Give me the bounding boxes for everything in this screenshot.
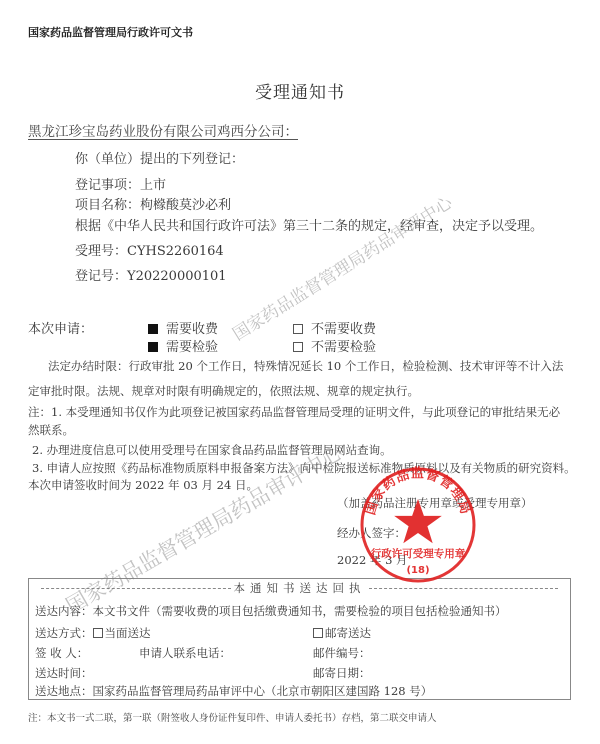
mail-number-field: 邮件编号： (313, 645, 371, 661)
divider (369, 588, 559, 589)
application-label: 本次申请： (28, 318, 93, 337)
acceptance-number: 受理号：CYHS2260164 (75, 240, 224, 259)
legal-basis: 根据《中华人民共和国行政许可法》第三十二条的规定，经审查，决定予以受理。 (75, 215, 543, 234)
receipt-title-row: 本通知书送达回执 (41, 581, 558, 595)
time-limit-line1: 法定办结时限：行政审批 20 个工作日，特殊情况延长 10 个工作日，检验检测、… (48, 358, 563, 374)
handler-signature: 经办人签字： (337, 525, 406, 541)
registration-number: 登记号：Y20220000101 (75, 265, 227, 284)
delivery-receipt-box: 本通知书送达回执 送达内容：本文书文件（需要收费的项目包括缴费通知书，需要检验的… (28, 578, 571, 700)
checkbox-unchecked-icon (293, 342, 303, 352)
time-limit-line2: 定审批时限。法规、规章对时限有明确规定的，依照法规、规章的规定执行。 (28, 383, 419, 399)
option-inspection-required: 需要检验 (148, 336, 218, 355)
note-1-cont: 然联系。 (28, 422, 74, 438)
note-1: 注：1. 本受理通知书仅作为此项登记被国家药品监督管理局受理的证明文件，与此项登… (28, 404, 560, 420)
checkbox-unchecked-icon (293, 324, 303, 334)
option-inspection-not-required: 不需要检验 (293, 336, 376, 355)
signature-date: 2022 年 3 月 (337, 552, 408, 568)
option-fee-not-required: 不需要收费 (293, 318, 376, 337)
receipt-title: 本通知书送达回执 (231, 580, 369, 596)
checkbox-unchecked-icon[interactable] (313, 628, 323, 638)
registration-item-label: 登记事项： (75, 178, 140, 193)
acceptance-number-label: 受理号： (75, 244, 127, 259)
intro-text: 你（单位）提出的下列登记： (75, 148, 244, 167)
delivery-time-field: 送达时间： (35, 665, 93, 681)
delivery-method-mail[interactable]: 邮寄送达 (313, 625, 371, 641)
registration-number-label: 登记号： (75, 269, 127, 284)
svg-text:(18): (18) (406, 565, 429, 576)
checkbox-checked-icon (148, 324, 158, 334)
delivery-content: 送达内容：本文书文件（需要收费的项目包括缴费通知书，需要检验的项目包括检验通知书… (35, 603, 507, 619)
applicant-phone-field: 申请人联系电话： (139, 645, 231, 661)
acceptance-number-value: CYHS2260164 (127, 244, 224, 259)
checkbox-unchecked-icon[interactable] (93, 628, 103, 638)
addressee: 黑龙江珍宝岛药业股份有限公司鸡西分公司： (28, 120, 298, 140)
project-name-label: 项目名称： (75, 198, 140, 213)
project-name-value: 枸橼酸莫沙必利 (140, 198, 231, 213)
project-name: 项目名称：枸橼酸莫沙必利 (75, 194, 231, 213)
divider (41, 588, 231, 589)
signee-field: 签 收 人： (35, 645, 88, 661)
option-fee-required: 需要收费 (148, 318, 218, 337)
mail-date-field: 邮寄日期： (313, 665, 371, 681)
receipt-time: 本次申请签收时间为 2022 年 03 月 24 日。 (28, 477, 258, 493)
registration-number-value: Y20220000101 (127, 269, 227, 284)
registration-item-value: 上市 (140, 178, 166, 193)
note-2: 2. 办理进度信息可以使用受理号在国家食品药品监督管理局网站查询。 (32, 442, 392, 458)
footer-note: 注：本文书一式二联，第一联（附签收人身份证件复印件、申请人委托书）存档，第二联交… (28, 710, 437, 724)
delivery-place: 送达地点：国家药品监督管理局药品审评中心（北京市朝阳区建国路 128 号） (35, 683, 432, 699)
delivery-method-in-person[interactable]: 送达方式：当面送达 (35, 625, 151, 641)
note-3: 3. 申请人应按照《药品标准物质原料申报备案方法》向中检院报送标准物质原料以及有… (32, 460, 576, 476)
registration-item: 登记事项：上市 (75, 174, 166, 193)
seal-note: （加盖药品注册专用章或受理专用章） (337, 495, 533, 511)
document-title: 受理通知书 (0, 78, 600, 103)
document-type-header: 国家药品监督管理局行政许可文书 (28, 24, 193, 40)
checkbox-checked-icon (148, 342, 158, 352)
